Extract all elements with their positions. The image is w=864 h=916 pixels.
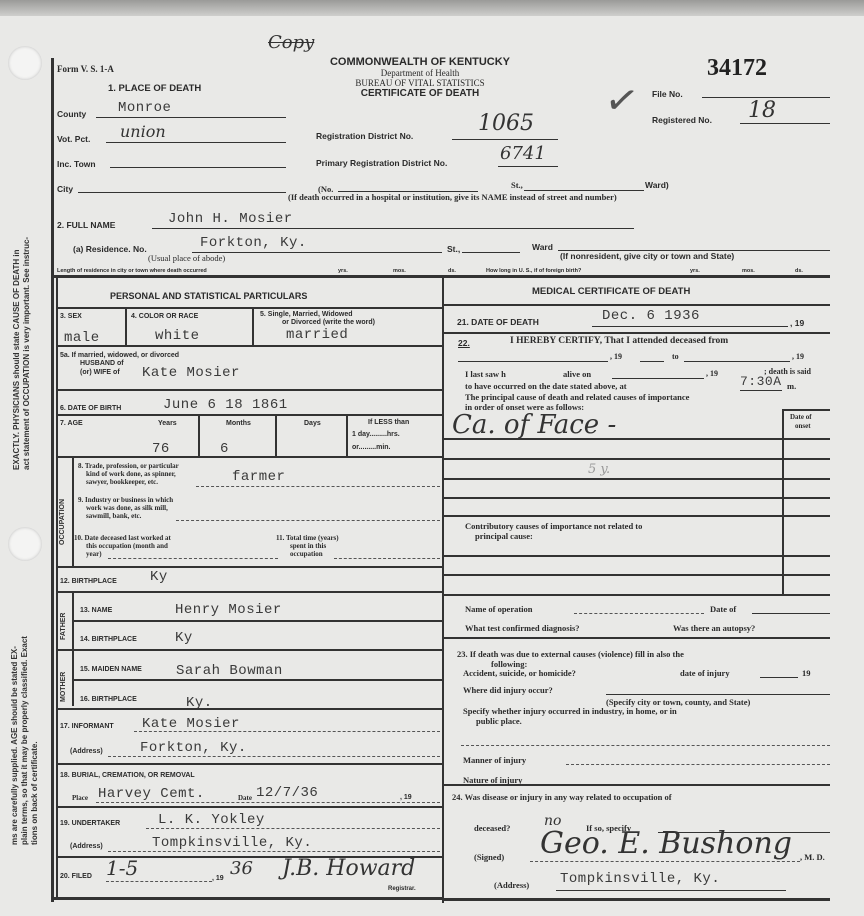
margin-line: plain terms, so that it may be properly …: [20, 636, 30, 845]
mother-side-label: MOTHER: [60, 672, 67, 702]
row-line: [72, 679, 442, 681]
informant-label: 17. INFORMANT: [60, 723, 114, 731]
less-label-3: or.........min.: [352, 444, 391, 452]
city-line: [78, 192, 286, 193]
informant-value[interactable]: Kate Mosier: [142, 716, 240, 732]
mother-name-label: 15. MAIDEN NAME: [80, 666, 142, 674]
row-line: [56, 414, 442, 416]
cell-divider: [125, 307, 127, 345]
voting-precinct-value[interactable]: union: [120, 122, 166, 141]
birthplace-value[interactable]: Ky: [150, 569, 168, 585]
file-no-label: File No.: [652, 89, 683, 99]
industry-label-1: 9. Industry or business in which: [78, 496, 173, 504]
father-birthplace-value[interactable]: Ky: [175, 630, 193, 646]
burial-19-label: , 19: [400, 794, 412, 802]
form-left-border: [51, 58, 54, 902]
column-divider: [442, 278, 444, 903]
months-value[interactable]: 6: [220, 441, 229, 457]
autopsy-label: Was there an autopsy?: [673, 623, 755, 633]
date-of-death-value[interactable]: Dec. 6 1936: [602, 308, 700, 324]
row-line: [56, 456, 442, 458]
us-ds-label: ds.: [795, 267, 803, 275]
mother-birthplace-label: 16. BIRTHPLACE: [80, 696, 137, 704]
dob-label: 6. DATE OF BIRTH: [60, 405, 121, 413]
spouse-value[interactable]: Kate Mosier: [142, 365, 240, 381]
us-yrs-label: yrs.: [690, 267, 700, 275]
external-causes-1: 23. If death was due to external causes …: [457, 649, 684, 659]
principal-cause-1: The principal cause of death and related…: [465, 392, 689, 402]
primary-registration-value[interactable]: 6741: [500, 143, 546, 164]
us-mos-label: mos.: [742, 267, 755, 275]
personal-heading: PERSONAL AND STATISTICAL PARTICULARS: [110, 291, 307, 301]
operation-date-label: Date of: [710, 604, 736, 614]
title-certificate: CERTIFICATE OF DEATH: [300, 88, 540, 99]
burial-date-value[interactable]: 12/7/36: [256, 785, 318, 801]
date-of-death-line: [592, 326, 788, 327]
row-line: [444, 332, 830, 334]
trade-line: [196, 486, 440, 487]
section-divider: [52, 275, 830, 278]
specify-whether-2: public place.: [476, 716, 522, 726]
dob-value[interactable]: June 6 18 1861: [163, 397, 288, 413]
cause-line-2: [444, 458, 830, 460]
certify-text: I HEREBY CERTIFY, That I attended deceas…: [510, 336, 728, 346]
row-line: [56, 307, 442, 309]
registered-no-line: [740, 123, 830, 124]
margin-line: EXACTLY. PHYSICIANS should state CAUSE O…: [12, 237, 22, 470]
cause-note: 5 y.: [588, 462, 610, 477]
last-worked-label-3: year): [86, 550, 102, 558]
margin-line: tions on back of certificate.: [30, 636, 40, 845]
time-value[interactable]: 7:30A: [740, 374, 782, 389]
manner-injury-label: Manner of injury: [463, 755, 526, 765]
less-label-1: If LESS than: [368, 419, 409, 427]
residence-value[interactable]: Forkton, Ky.: [200, 235, 307, 251]
father-side-label: FATHER: [60, 613, 67, 640]
months-label: Months: [226, 420, 251, 428]
signed-line: [530, 861, 800, 862]
contributory-line-1: [444, 555, 830, 557]
form-number: Form V. S. 1-A: [57, 64, 114, 74]
burial-date-label: Date: [238, 794, 252, 802]
filed-label: 20. FILED: [60, 873, 92, 881]
manner-injury-line: [566, 764, 830, 765]
residence-label: (a) Residence. No.: [73, 244, 147, 254]
physician-address-line: [556, 890, 786, 891]
race-value[interactable]: white: [155, 328, 200, 344]
burial-place-line: [96, 802, 440, 803]
cell-divider: [275, 414, 277, 456]
medical-heading: MEDICAL CERTIFICATE OF DEATH: [532, 286, 690, 297]
ds-label: ds.: [448, 267, 456, 275]
residence-line: [192, 252, 442, 253]
row-line: [444, 304, 830, 306]
medical-bottom-border: [442, 898, 830, 901]
md-label: , M. D.: [800, 852, 825, 862]
operation-line: [574, 613, 704, 614]
specify-whether-1: Specify whether injury occurred in indus…: [463, 706, 677, 716]
full-name-label: 2. FULL NAME: [57, 220, 115, 230]
spouse-label-1: 5a. If married, widowed, or divorced: [60, 352, 179, 360]
marital-label-1: 5. Single, Married, Widowed: [260, 311, 353, 319]
undertaker-address-value[interactable]: Tompkinsville, Ky.: [152, 835, 312, 851]
occurred-text: to have occurred on the date stated abov…: [465, 381, 627, 391]
days-label: Days: [304, 420, 321, 428]
row-line: [56, 763, 442, 765]
contributory-line-2: [444, 574, 830, 576]
where-injury-line: [606, 694, 830, 695]
row-line: [56, 806, 442, 808]
onset-column-top: [782, 409, 830, 411]
registration-district-label: Registration District No.: [316, 131, 413, 141]
trade-label-1: 8. Trade, profession, or particular: [78, 462, 179, 470]
row-line: [56, 591, 442, 593]
physician-signature: Geo. E. Bushong: [540, 826, 792, 861]
burial-label: 18. BURIAL, CREMATION, OR REMOVAL: [60, 772, 195, 780]
row-line: [72, 620, 442, 622]
primary-registration-line: [498, 166, 558, 167]
alive-on-19: , 19: [706, 369, 718, 378]
scan-top-edge: [0, 0, 864, 16]
informant-address-line: [108, 756, 440, 757]
spouse-label-3: (or) WIFE of: [80, 369, 120, 377]
total-time-label-2: spent in this: [290, 542, 326, 550]
trade-label-2: kind of work done, as spinner,: [86, 470, 176, 478]
undertaker-line: [146, 828, 440, 829]
mos-label: mos.: [393, 267, 406, 275]
date-onset-label-1: Date of: [790, 413, 812, 421]
attended-from-line: [458, 361, 608, 362]
injury-19: 19: [802, 668, 811, 678]
physician-address-label: (Address): [494, 880, 529, 890]
margin-line: act statement of OCCUPATION is very impo…: [22, 237, 32, 470]
residence-street-line: [462, 252, 520, 253]
alive-on-line: [612, 378, 704, 379]
time-m-label: m.: [787, 381, 796, 391]
last-worked-label-1: 10. Date deceased last worked at: [74, 534, 171, 542]
injury-place-line: [461, 745, 830, 746]
industry-label-3: sawmill, bank, etc.: [86, 512, 141, 520]
years-label: Years: [158, 420, 177, 428]
occupation-side-label: OCCUPATION: [59, 499, 66, 545]
row-line: [56, 345, 442, 347]
certify-number: 22.: [458, 338, 470, 348]
margin-instructions-bottom: ms are carefully supplied. AGE should be…: [10, 636, 40, 845]
deceased-label: deceased?: [474, 823, 510, 833]
row-line: [444, 784, 830, 786]
alive-on-label: alive on: [563, 369, 591, 379]
diagnosis-test-label: What test confirmed diagnosis?: [465, 623, 580, 633]
mother-name-value[interactable]: Sarah Bowman: [176, 663, 283, 679]
sex-value[interactable]: male: [64, 330, 100, 346]
struck-copy-note: Copy: [268, 32, 314, 53]
how-long-us-label: How long in U. S., if of foreign birth?: [486, 267, 581, 275]
signed-label: (Signed): [474, 852, 504, 862]
margin-instructions-top: EXACTLY. PHYSICIANS should state CAUSE O…: [12, 237, 32, 470]
occupation-related-label: 24. Was disease or injury in any way rel…: [452, 792, 672, 802]
total-time-line: [334, 558, 440, 559]
form-bottom-border: [52, 897, 442, 900]
county-value[interactable]: Monroe: [118, 100, 171, 116]
contributory-2: principal cause:: [475, 531, 533, 541]
cell-divider: [198, 414, 200, 456]
attended-from-year-line: [640, 361, 664, 362]
undertaker-value[interactable]: L. K. Yokley: [158, 812, 265, 828]
title-department: Department of Health: [300, 68, 540, 78]
father-name-label: 13. NAME: [80, 607, 112, 615]
residence-ward-label: Ward: [532, 242, 553, 252]
length-residence-label: Length of residence in city or town wher…: [57, 267, 207, 275]
row-line: [56, 649, 442, 651]
margin-line: ms are carefully supplied. AGE should be…: [10, 636, 20, 845]
less-label-2: 1 day.........hrs.: [352, 431, 400, 439]
registered-no-label: Registered No.: [652, 115, 712, 125]
yrs-label: yrs.: [338, 267, 348, 275]
operation-date-line: [752, 613, 830, 614]
father-birthplace-label: 14. BIRTHPLACE: [80, 636, 137, 644]
inc-town-label: Inc. Town: [57, 159, 96, 169]
date-of-death-19: , 19: [790, 318, 804, 328]
stamp-number: 34172: [707, 55, 767, 82]
attended-from-19: , 19: [610, 352, 622, 361]
registrar-label: Registrar.: [388, 885, 416, 893]
full-name-value[interactable]: John H. Mosier: [168, 211, 293, 227]
last-worked-label-2: this occupation (month and: [86, 542, 168, 550]
cell-divider: [346, 414, 348, 456]
row-line: [56, 389, 442, 391]
years-value[interactable]: 76: [152, 441, 170, 457]
marital-value[interactable]: married: [286, 327, 348, 343]
undertaker-address-label: (Address): [70, 843, 103, 851]
registration-district-line: [452, 139, 558, 140]
registered-no-value[interactable]: 18: [748, 98, 776, 123]
cause-line-5: [444, 515, 830, 517]
industry-label-2: work was done, as silk mill,: [86, 504, 168, 512]
city-label: City: [57, 184, 73, 194]
date-onset-label-2: onset: [795, 422, 811, 430]
street-label: St.,: [511, 180, 523, 190]
birthplace-label: 12. BIRTHPLACE: [60, 578, 117, 586]
date-injury-label: date of injury: [680, 668, 730, 678]
cause-line-1: [444, 438, 830, 440]
burial-place-value[interactable]: Harvey Cemt.: [98, 786, 205, 802]
filed-year-value[interactable]: 36: [230, 858, 253, 879]
contributory-line-3: [444, 594, 830, 596]
cell-divider: [252, 307, 254, 345]
last-worked-line: [108, 558, 278, 559]
trade-value[interactable]: farmer: [232, 469, 285, 485]
attended-to-label: to: [672, 352, 679, 361]
left-inner-border: [56, 278, 58, 898]
voting-precinct-line: [106, 142, 286, 143]
accident-label: Accident, suicide, or homicide?: [463, 668, 576, 678]
primary-registration-label: Primary Registration District No.: [316, 158, 447, 168]
inc-town-line: [110, 167, 286, 168]
spouse-label-2: HUSBAND of: [80, 360, 124, 368]
age-label: 7. AGE: [60, 420, 83, 428]
date-injury-line: [760, 677, 798, 678]
last-saw-label: I last saw h: [465, 369, 506, 379]
cause-line-4: [444, 497, 830, 499]
nonresident-note: (If nonresident, give city or town and S…: [560, 251, 734, 261]
physician-address-value[interactable]: Tompkinsville, Ky.: [560, 871, 720, 887]
occupation-side-divider: [72, 456, 74, 568]
title-bureau: BUREAU OF VITAL STATISTICS: [300, 78, 540, 88]
total-time-label-3: occupation: [290, 550, 323, 558]
registration-district-value[interactable]: 1065: [478, 111, 534, 136]
punch-hole-bottom: [8, 527, 42, 561]
county-line: [96, 117, 286, 118]
sex-label: 3. SEX: [60, 313, 82, 321]
informant-address-label: (Address): [70, 748, 103, 756]
ward-label: Ward): [645, 180, 669, 190]
county-label: County: [57, 109, 86, 119]
residence-street-label: St.,: [447, 244, 460, 254]
voting-precinct-label: Vot. Pct.: [57, 134, 90, 144]
onset-column-divider: [782, 409, 784, 595]
burial-place-label: Place: [72, 794, 88, 802]
certificate-title-block: COMMONWEALTH OF KENTUCKY Department of H…: [300, 56, 540, 99]
row-line: [56, 708, 442, 710]
undertaker-label: 19. UNDERTAKER: [60, 820, 120, 828]
check-mark-icon: ✓: [601, 75, 642, 126]
date-of-death-label: 21. DATE OF DEATH: [457, 317, 539, 327]
operation-label: Name of operation: [465, 604, 533, 614]
row-line: [56, 566, 442, 568]
row-line: [444, 637, 830, 639]
undertaker-address-line: [108, 851, 440, 852]
title-commonwealth: COMMONWEALTH OF KENTUCKY: [300, 56, 540, 68]
trade-label-3: sawyer, bookkeeper, etc.: [86, 478, 158, 486]
filed-year-prefix: , 19: [212, 875, 224, 883]
punch-hole-top: [8, 46, 42, 80]
total-time-label-1: 11. Total time (years): [276, 534, 339, 542]
time-line: [740, 390, 782, 391]
attended-to-line: [684, 361, 790, 362]
contributory-1: Contributory causes of importance not re…: [465, 521, 642, 531]
father-name-value[interactable]: Henry Mosier: [175, 602, 282, 618]
race-label: 4. COLOR OR RACE: [131, 313, 198, 321]
where-injury-label: Where did injury occur?: [463, 685, 553, 695]
filed-value[interactable]: 1-5: [106, 856, 138, 880]
street-line: [524, 190, 644, 191]
cause-of-death-value[interactable]: Ca. of Face -: [452, 410, 616, 440]
filed-line: [106, 881, 212, 882]
usual-place-note: (Usual place of abode): [148, 253, 225, 263]
full-name-line: [152, 228, 634, 229]
cause-line-3: [444, 478, 830, 480]
attended-to-19: , 19: [792, 352, 804, 361]
hospital-note: (If death occurred in a hospital or inst…: [288, 192, 617, 202]
place-of-death-heading: 1. PLACE OF DEATH: [108, 83, 201, 94]
registrar-signature: J.B. Howard: [282, 856, 415, 881]
industry-line: [176, 520, 440, 521]
marital-label-2: or Divorced (write the word): [282, 319, 375, 327]
informant-address-value[interactable]: Forkton, Ky.: [140, 740, 247, 756]
